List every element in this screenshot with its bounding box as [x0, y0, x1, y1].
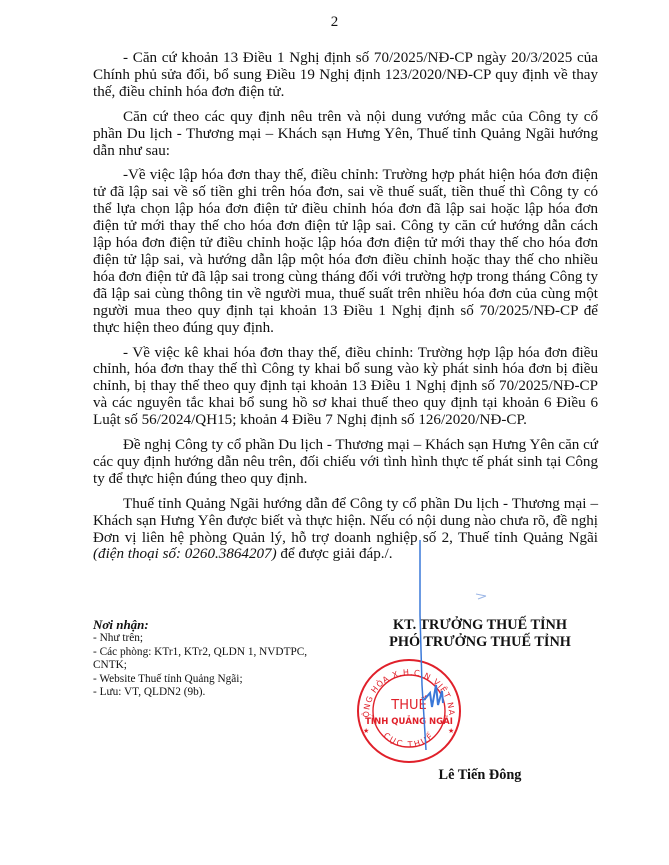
seal-center-2: TỈNH QUẢNG NGÃI: [365, 715, 453, 727]
recipient-item: - Website Thuế tỉnh Quảng Ngãi;: [93, 673, 323, 687]
signature-block: KT. TRƯỞNG THUẾ TỈNH PHÓ TRƯỞNG THUẾ TỈN…: [360, 617, 600, 651]
seal-center-1: THUẾ: [390, 696, 427, 713]
closing-text: Thuế tỉnh Quảng Ngãi hướng dẫn để Công t…: [93, 496, 598, 546]
paragraph-legal-basis-2: Căn cứ theo các quy định nêu trên và nội…: [93, 109, 598, 160]
paragraph-recommendation: Đề nghị Công ty cổ phần Du lịch - Thương…: [93, 437, 598, 488]
recipients-title: Nơi nhận:: [93, 617, 323, 632]
signature-title-2: PHÓ TRƯỞNG THUẾ TỈNH: [360, 634, 600, 651]
paragraph-closing: Thuế tỉnh Quảng Ngãi hướng dẫn để Công t…: [93, 496, 598, 564]
signature-title-1: KT. TRƯỞNG THUẾ TỈNH: [360, 617, 600, 634]
svg-text:★: ★: [448, 727, 454, 735]
recipients-block: Nơi nhận: - Như trên; - Các phòng: KTr1,…: [93, 617, 323, 700]
paragraph-invoice-replacement: -Về việc lập hóa đơn thay thế, điều chỉn…: [93, 167, 598, 336]
svg-text:CỤC THUẾ: CỤC THUẾ: [382, 729, 437, 749]
recipient-item: - Lưu: VT, QLDN2 (9b).: [93, 686, 323, 700]
seal-bottom-text: CỤC THUẾ: [382, 729, 437, 749]
signer-name: Lê Tiến Đông: [400, 767, 560, 784]
page-number: 2: [0, 14, 669, 31]
closing-text-end: để được giải đáp./.: [277, 546, 393, 562]
paragraph-invoice-declaration: - Về việc kê khai hóa đơn thay thế, điều…: [93, 345, 598, 430]
svg-text:★: ★: [363, 727, 369, 735]
recipient-item: - Các phòng: KTr1, KTr2, QLDN 1, NVDTPC,…: [93, 646, 323, 673]
recipient-item: - Như trên;: [93, 632, 323, 646]
paragraph-legal-basis-1: - Căn cứ khoản 13 Điều 1 Nghị định số 70…: [93, 50, 598, 101]
phone-number: (điện thoại số: 0260.3864207): [93, 546, 277, 562]
document-body: - Căn cứ khoản 13 Điều 1 Nghị định số 70…: [93, 50, 598, 571]
official-seal-icon: CỘNG HÒA X.H.C.N VIỆT NAM CỤC THUẾ ★ ★ T…: [355, 657, 463, 765]
